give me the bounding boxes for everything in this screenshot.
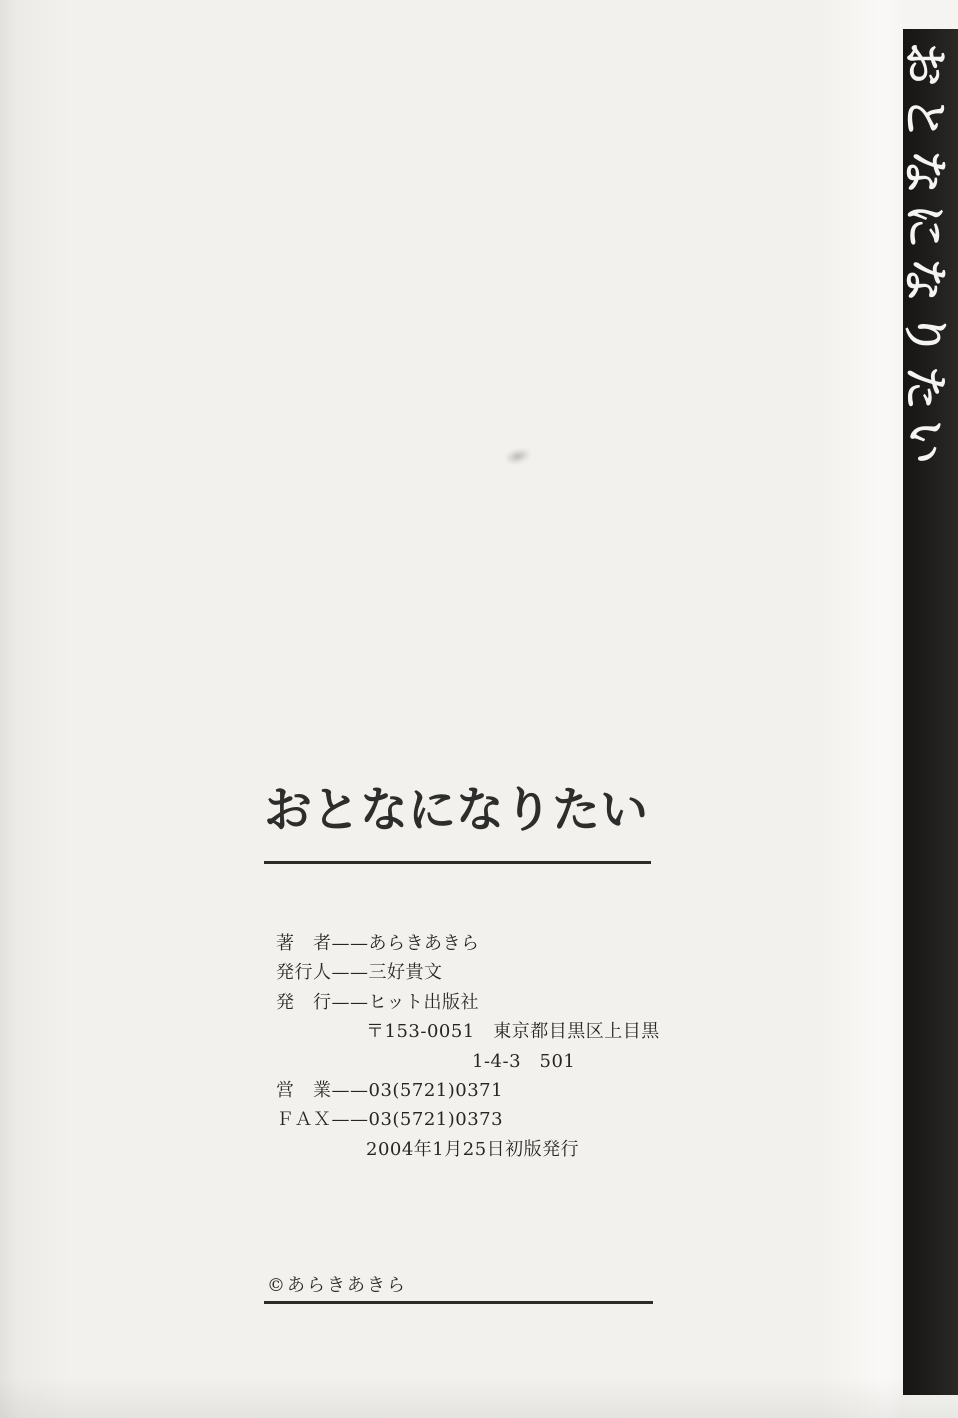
footer-underline (264, 1301, 653, 1304)
spine-title: おとなになりたい (898, 42, 950, 502)
colophon-line-sales-phone: 営 業——03(5721)0371 (276, 1076, 756, 1105)
copyright-line: ©あらきあきら (267, 1271, 407, 1297)
colophon-block: 著 者——あらきあきら 発行人——三好貴文 発 行——ヒット出版社 〒153-0… (276, 929, 756, 1164)
scan-smudge (504, 445, 533, 467)
colophon-line-fax: ＦＡＸ——03(5721)0373 (276, 1105, 756, 1134)
colophon-line-address: 〒153-0051 東京都目黒区上目黒 (276, 1017, 756, 1046)
title-underline (264, 861, 651, 864)
book-title: おとなになりたい (264, 784, 648, 837)
book-colophon-page: おとなになりたい 著 者——あらきあきら 発行人——三好貴文 発 行——ヒット出… (0, 0, 958, 1418)
colophon-line-author: 著 者——あらきあきら (276, 929, 756, 958)
colophon-line-publisher-person: 発行人——三好貴文 (276, 958, 756, 987)
colophon-line-edition-date: 2004年1月25日初版発行 (276, 1135, 756, 1164)
colophon-line-publisher: 発 行——ヒット出版社 (276, 988, 756, 1017)
colophon-line-address-2: 1-4-3 501 (276, 1047, 756, 1076)
